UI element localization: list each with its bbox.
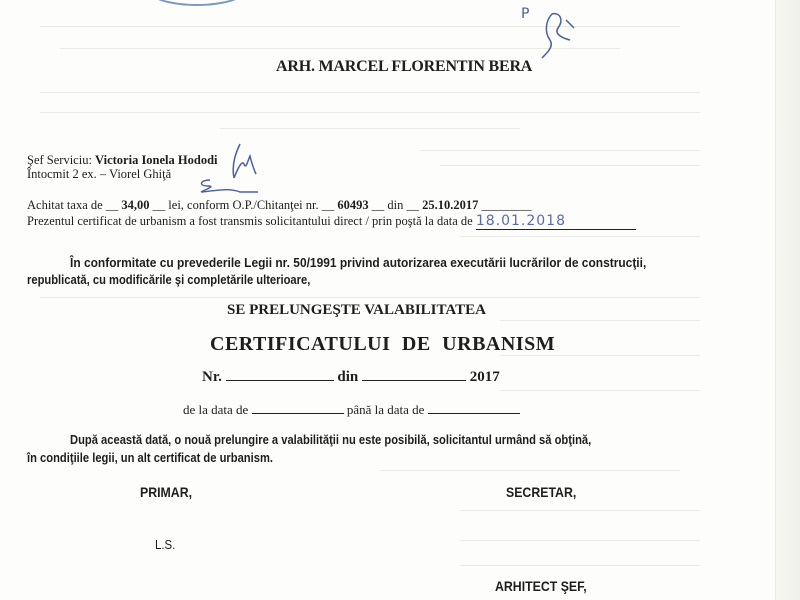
bleed-through-line bbox=[420, 150, 700, 151]
head-of-service-line: Şef Serviciu: Victoria Ionela Hododi bbox=[27, 153, 218, 168]
payment-suffix: ________ bbox=[478, 198, 531, 212]
number-label: Nr. bbox=[202, 369, 222, 385]
prepared-by-line: Întocmit 2 ex. – Viorel Ghiţă bbox=[27, 167, 171, 182]
bleed-through-line bbox=[380, 470, 680, 471]
payment-date-label: __ din __ bbox=[369, 198, 422, 212]
official-stamp bbox=[145, 0, 249, 6]
issued-date-field bbox=[362, 380, 466, 381]
bleed-through-line bbox=[440, 165, 700, 166]
valid-from-label: de la data de bbox=[183, 402, 248, 417]
notice-line-1: După această dată, o nouă prelungire a v… bbox=[70, 432, 591, 447]
bleed-through-line bbox=[40, 92, 700, 93]
legal-basis-line-2: republicată, cu modificările şi completă… bbox=[27, 272, 310, 287]
certificate-title: CERTIFICATULUI DE URBANISM bbox=[210, 333, 555, 356]
issued-label: din bbox=[337, 369, 358, 385]
validity-period-line: de la data de până la data de bbox=[183, 402, 520, 418]
page-edge-shadow bbox=[775, 0, 800, 600]
payment-date: 25.10.2017 bbox=[422, 198, 478, 212]
bleed-through-line bbox=[40, 112, 700, 113]
seal-placeholder: L.S. bbox=[155, 537, 175, 552]
chief-architect-signature bbox=[540, 10, 590, 60]
legal-basis-line-1: În conformitate cu prevederile Legii nr.… bbox=[70, 255, 646, 270]
chief-architect-signature-label: ARHITECT ŞEF, bbox=[495, 578, 587, 594]
fee-amount: 34,00 bbox=[121, 198, 149, 212]
handwritten-date: 18.01.2018 bbox=[476, 213, 566, 229]
head-of-service-label: Şef Serviciu: bbox=[27, 153, 95, 167]
payment-prefix: Achitat taxa de __ bbox=[27, 198, 121, 212]
head-of-service-name: Victoria Ionela Hododi bbox=[95, 153, 217, 167]
bleed-through-line bbox=[460, 565, 700, 566]
bleed-through-line bbox=[500, 390, 700, 391]
number-field bbox=[226, 380, 334, 381]
bleed-through-line bbox=[220, 128, 520, 129]
scanned-document-page: P ARH. MARCEL FLORENTIN BERA Şef Servici… bbox=[0, 0, 800, 600]
notice-line-2: în condiţiile legii, un alt certificat d… bbox=[27, 450, 273, 465]
transmission-line: Prezentul certificat de urbanism a fost … bbox=[27, 213, 636, 230]
year: 2017 bbox=[470, 369, 500, 385]
mayor-signature-label: PRIMAR, bbox=[140, 484, 192, 500]
transmission-text: Prezentul certificat de urbanism a fost … bbox=[27, 214, 476, 228]
signature-initial: P bbox=[521, 6, 529, 22]
bleed-through-line bbox=[460, 236, 700, 237]
payment-line: Achitat taxa de __ 34,00 __ lei, conform… bbox=[27, 198, 532, 213]
valid-to-label: până la data de bbox=[347, 402, 425, 417]
receipt-number: 60493 bbox=[337, 198, 368, 212]
chief-architect-name: ARH. MARCEL FLORENTIN BERA bbox=[276, 58, 532, 76]
valid-from-field bbox=[252, 413, 344, 414]
bleed-through-line bbox=[500, 320, 700, 321]
bleed-through-line bbox=[60, 48, 620, 49]
certificate-number-line: Nr. din 2017 bbox=[202, 369, 500, 386]
payment-receipt-label: __ lei, conform O.P./Chitanţei nr. __ bbox=[150, 198, 338, 212]
extension-heading: SE PRELUNGEŞTE VALABILITATEA bbox=[227, 302, 486, 319]
transmission-date-field: 18.01.2018 bbox=[476, 213, 636, 230]
preparer-signature bbox=[190, 176, 260, 196]
bleed-through-line bbox=[460, 540, 700, 541]
secretary-signature-label: SECRETAR, bbox=[506, 484, 576, 500]
bleed-through-line bbox=[460, 510, 700, 511]
valid-to-field bbox=[428, 413, 520, 414]
bleed-through-line bbox=[40, 297, 700, 298]
